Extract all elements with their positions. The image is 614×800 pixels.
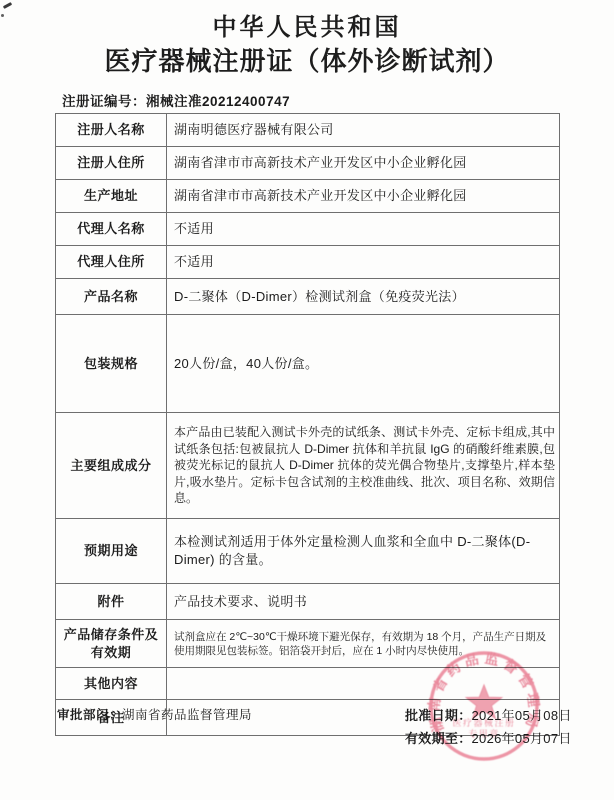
approval-department-value: 湖南省药品监督管理局 <box>122 708 252 722</box>
row-label: 注册人名称 <box>56 114 167 147</box>
table-row: 其他内容 <box>56 668 560 700</box>
row-value: 湖南省津市市高新技术产业开发区中小企业孵化园 <box>167 147 560 180</box>
certificate-number: 注册证编号：湘械注准20212400747 <box>62 90 290 110</box>
valid-until-label: 有效期至： <box>405 731 472 746</box>
table-row: 代理人住所 不适用 <box>56 246 560 279</box>
row-label: 注册人住所 <box>56 147 167 180</box>
approval-department-label: 审批部门： <box>57 708 122 722</box>
row-value: 本产品由已装配入测试卡外壳的试纸条、测试卡外壳、定标卡组成,其中试纸条包括:包被… <box>167 413 560 519</box>
row-label: 代理人住所 <box>56 246 167 279</box>
table-row: 附件 产品技术要求、说明书 <box>56 584 560 620</box>
row-value: 20人份/盒，40人份/盒。 <box>167 315 560 413</box>
row-label: 其他内容 <box>56 668 167 700</box>
approve-date-line: 批准日期：2021年05月08日 <box>405 704 572 727</box>
scan-artifact <box>3 2 12 9</box>
row-label: 生产地址 <box>56 180 167 213</box>
table-row: 产品名称 D-二聚体（D-Dimer）检测试剂盒（免疫荧光法） <box>56 279 560 315</box>
certificate-page: 中华人民共和国 医疗器械注册证（体外诊断试剂） 注册证编号：湘械注准202124… <box>0 0 614 800</box>
table-row: 注册人名称 湖南明德医疗器械有限公司 <box>56 114 560 147</box>
row-value: 湖南省津市市高新技术产业开发区中小企业孵化园 <box>167 180 560 213</box>
row-label: 主要组成成分 <box>56 413 167 519</box>
row-label: 预期用途 <box>56 519 167 584</box>
table-row: 预期用途 本检测试剂适用于体外定量检测人血浆和全血中 D-二聚体(D-Dimer… <box>56 519 560 584</box>
certificate-number-label: 注册证编号： <box>62 94 146 109</box>
valid-until-line: 有效期至：2026年05月07日 <box>405 727 572 750</box>
document-title: 中华人民共和国 医疗器械注册证（体外诊断试剂） <box>0 14 614 77</box>
title-certificate: 医疗器械注册证（体外诊断试剂） <box>0 46 614 77</box>
table-row: 代理人名称 不适用 <box>56 213 560 246</box>
table-row: 产品储存条件及有效期 试剂盒应在 2℃~30℃干燥环境下避光保存，有效期为 18… <box>56 620 560 668</box>
row-value: 湖南明德医疗器械有限公司 <box>167 114 560 147</box>
row-label: 附件 <box>56 584 167 620</box>
approval-department: 审批部门：湖南省药品监督管理局 <box>57 705 252 723</box>
approve-date-value: 2021年05月08日 <box>472 708 572 723</box>
row-value: 不适用 <box>167 213 560 246</box>
certificate-table: 注册人名称 湖南明德医疗器械有限公司 注册人住所 湖南省津市市高新技术产业开发区… <box>55 113 560 736</box>
row-value <box>167 668 560 700</box>
row-value: D-二聚体（D-Dimer）检测试剂盒（免疫荧光法） <box>167 279 560 315</box>
certificate-number-value: 湘械注准20212400747 <box>146 94 290 109</box>
row-label: 产品名称 <box>56 279 167 315</box>
table-row: 包装规格 20人份/盒，40人份/盒。 <box>56 315 560 413</box>
row-label: 包装规格 <box>56 315 167 413</box>
table-row: 生产地址 湖南省津市市高新技术产业开发区中小企业孵化园 <box>56 180 560 213</box>
row-value: 不适用 <box>167 246 560 279</box>
approve-date-label: 批准日期： <box>405 708 472 723</box>
valid-until-value: 2026年05月07日 <box>472 731 572 746</box>
table-row: 主要组成成分 本产品由已装配入测试卡外壳的试纸条、测试卡外壳、定标卡组成,其中试… <box>56 413 560 519</box>
title-country: 中华人民共和国 <box>0 14 614 42</box>
date-block: 批准日期：2021年05月08日 有效期至：2026年05月07日 <box>405 704 572 750</box>
table-row: 注册人住所 湖南省津市市高新技术产业开发区中小企业孵化园 <box>56 147 560 180</box>
row-value: 试剂盒应在 2℃~30℃干燥环境下避光保存，有效期为 18 个月，产品生产日期及… <box>167 620 560 668</box>
row-value: 产品技术要求、说明书 <box>167 584 560 620</box>
row-label: 产品储存条件及有效期 <box>56 620 167 668</box>
row-value: 本检测试剂适用于体外定量检测人血浆和全血中 D-二聚体(D-Dimer) 的含量… <box>167 519 560 584</box>
row-label: 代理人名称 <box>56 213 167 246</box>
